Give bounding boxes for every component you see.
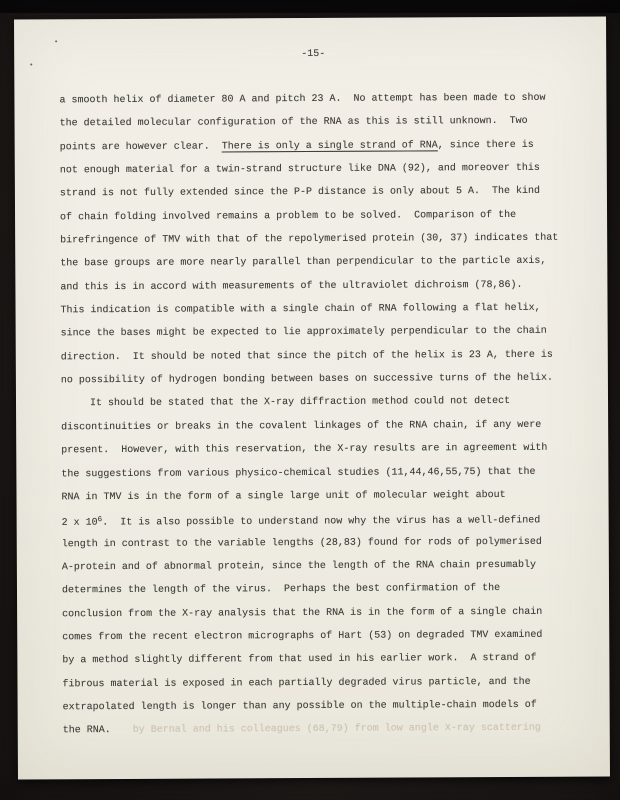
text-line: by a method slightly different from that… [62,647,584,673]
text-line: present. However, with this reservation,… [61,437,583,463]
text-line: and this is in accord with measurements … [60,273,582,299]
text-line: the RNA.by Bernal and his colleagues (68… [63,717,585,743]
text-line: conclusion from the X-ray analysis that … [62,600,584,626]
text-line: It should be stated that the X-ray diffr… [61,390,583,416]
underlined-phrase: There is only a single strand of RNA [222,140,438,152]
text-line: strand is not fully extended since the P… [60,180,582,206]
text-line: birefringence of TMV with that of the re… [60,227,582,253]
text-line: of chain folding involved remains a prob… [60,203,582,229]
text-line: the base groups are more nearly parallel… [60,250,582,276]
text-line: the detailed molecular configuration of … [60,110,582,136]
paragraph: It should be stated that the X-ray diffr… [61,390,585,743]
paragraph: a smooth helix of diameter 80 A and pitc… [59,87,583,393]
text-line: RNA in TMV is in the form of a single la… [61,483,583,509]
text-line: not enough material for a twin-strand st… [60,157,582,183]
text-line: determines the length of the virus. Perh… [62,577,584,603]
text-lines: a smooth helix of diameter 80 A and pitc… [59,87,584,743]
text-segment: , since there is [438,140,534,152]
text-line: since the bases might be expected to lie… [61,320,583,346]
text-line: extrapolated length is longer than any p… [63,694,585,720]
text-segment: . It is also possible to understand now … [102,515,540,528]
text-line: 2 x 106. It is also possible to understa… [62,507,584,533]
text-line: length in contrast to the variable lengt… [62,530,584,556]
text-line: a smooth helix of diameter 80 A and pitc… [59,87,581,113]
page-number: -15- [59,48,567,63]
text-segment: points are however clear. [60,141,222,153]
text-line: discontinuities or breaks in the covalen… [61,413,583,439]
paper-speck [55,40,57,42]
text-segment: 2 x 10 [62,518,98,529]
text-line: comes from the recent electron micrograp… [62,623,584,649]
text-line: the suggestions from various physico-che… [61,460,583,486]
text-line: direction. It should be noted that since… [61,343,583,369]
text-line: no possibility of hydrogen bonding betwe… [61,367,583,393]
text-line: fibrous material is exposed in each part… [62,670,584,696]
text-line: This indication is compatible with a sin… [60,297,582,323]
paper-sheet: -15- a smooth helix of diameter 80 A and… [14,16,610,779]
paper-speck [30,63,32,65]
ghost-text: by Bernal and his colleagues (68,79) fro… [133,723,541,736]
text-line: A-protein and of abnormal protein, since… [62,553,584,579]
text-line: points are however clear. There is only … [60,133,582,159]
